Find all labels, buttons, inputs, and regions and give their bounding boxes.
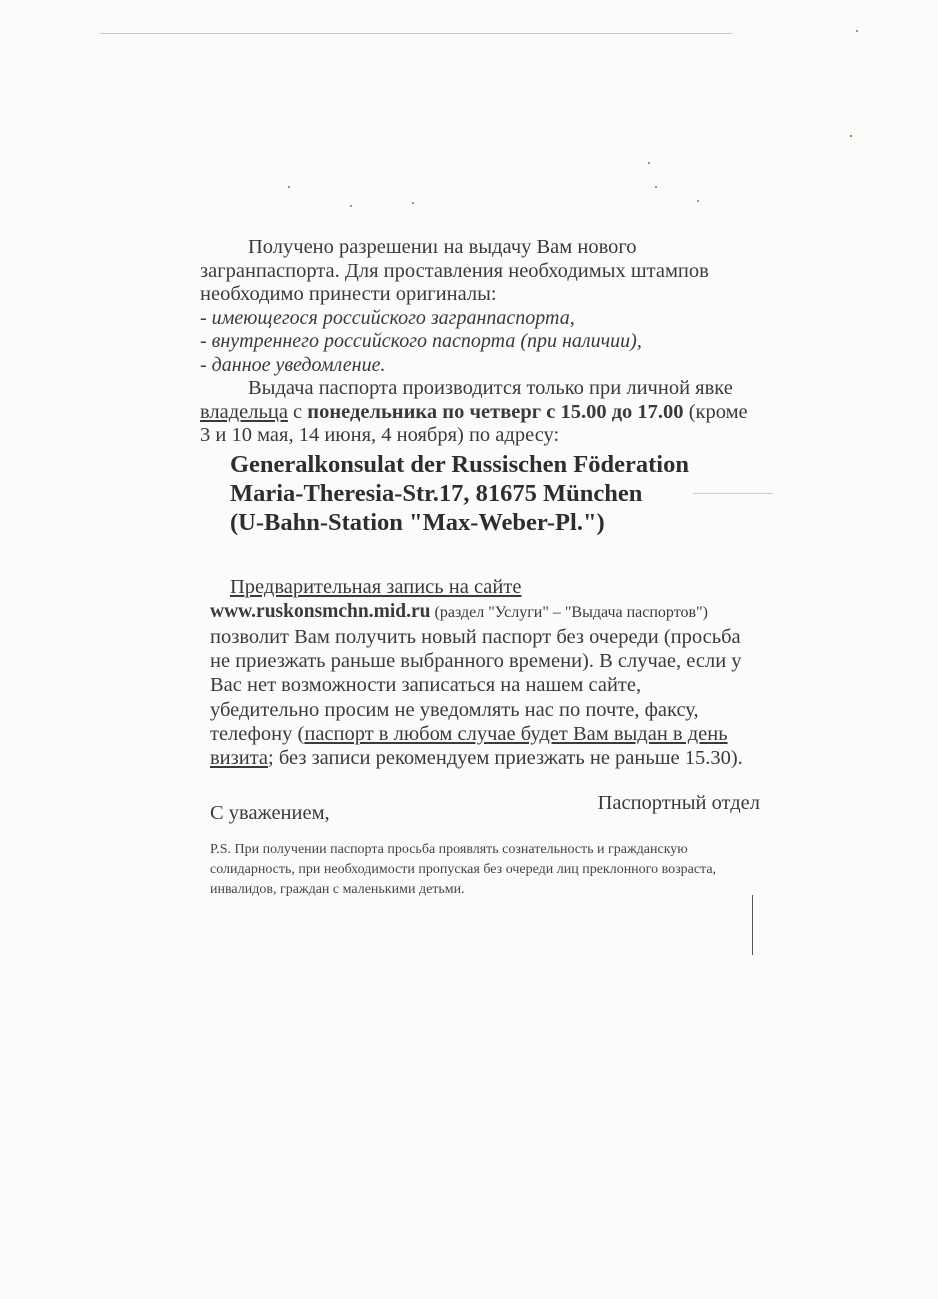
- appointment-paragraph: Предварительная запись на сайтеwww.rusko…: [200, 575, 755, 771]
- scan-speck: [350, 205, 352, 207]
- scan-speck: [856, 30, 858, 32]
- section-note: (раздел "Услуги" – "Выдача паспортов"): [431, 604, 708, 621]
- scan-speck: [648, 162, 650, 164]
- department-name: Паспортный отдел: [598, 792, 760, 815]
- postscript: P.S. При получении паспорта просьба проя…: [200, 840, 755, 900]
- prereg-heading: Предварительная запись на сайте: [230, 576, 521, 598]
- owner-word: владельца: [200, 401, 288, 423]
- issuance-lead: Выдача паспорта производится только при …: [248, 377, 733, 399]
- website-link[interactable]: www.ruskonsmchn.mid.ru: [210, 601, 431, 622]
- scan-speck: [697, 200, 699, 202]
- issuance-paragraph: Выдача паспорта производится только при …: [200, 377, 760, 448]
- address-line: (U-Bahn-Station "Max-Weber-Pl."): [230, 508, 760, 537]
- signature-block: С уважением, Паспортный отдел: [200, 802, 760, 832]
- scan-speck: [850, 135, 852, 137]
- scan-speck: [288, 186, 290, 188]
- list-item: - данное уведомление.: [200, 354, 760, 378]
- address-line: Maria-Theresia-Str.17, 81675 München: [230, 479, 760, 508]
- schedule-hours: понедельника по четверг с 15.00 до 17.00: [307, 401, 683, 423]
- address-line: Generalkonsulat der Russischen Föderatio…: [230, 450, 760, 479]
- list-item: - имеющегося российского загранпаспорта,: [200, 307, 760, 331]
- text-fragment: с: [288, 401, 307, 423]
- notice-document: Получено разрешениı на выдачу Вам нового…: [200, 236, 760, 900]
- permission-paragraph: Получено разрешениı на выдачу Вам нового…: [200, 236, 760, 307]
- appointment-text-end: ; без записи рекомендуем приезжать не ра…: [268, 747, 743, 769]
- list-item: - внутреннего российского паспорта (при …: [200, 330, 760, 354]
- scan-speck: [412, 202, 414, 204]
- required-documents-list: - имеющегося российского загранпаспорта,…: [200, 307, 760, 378]
- consulate-address: Generalkonsulat der Russischen Föderatio…: [230, 450, 760, 537]
- scan-artifact-line: [100, 33, 732, 34]
- scan-speck: [655, 186, 657, 188]
- scan-artifact-line: [752, 895, 753, 955]
- regards-text: С уважением,: [210, 802, 330, 824]
